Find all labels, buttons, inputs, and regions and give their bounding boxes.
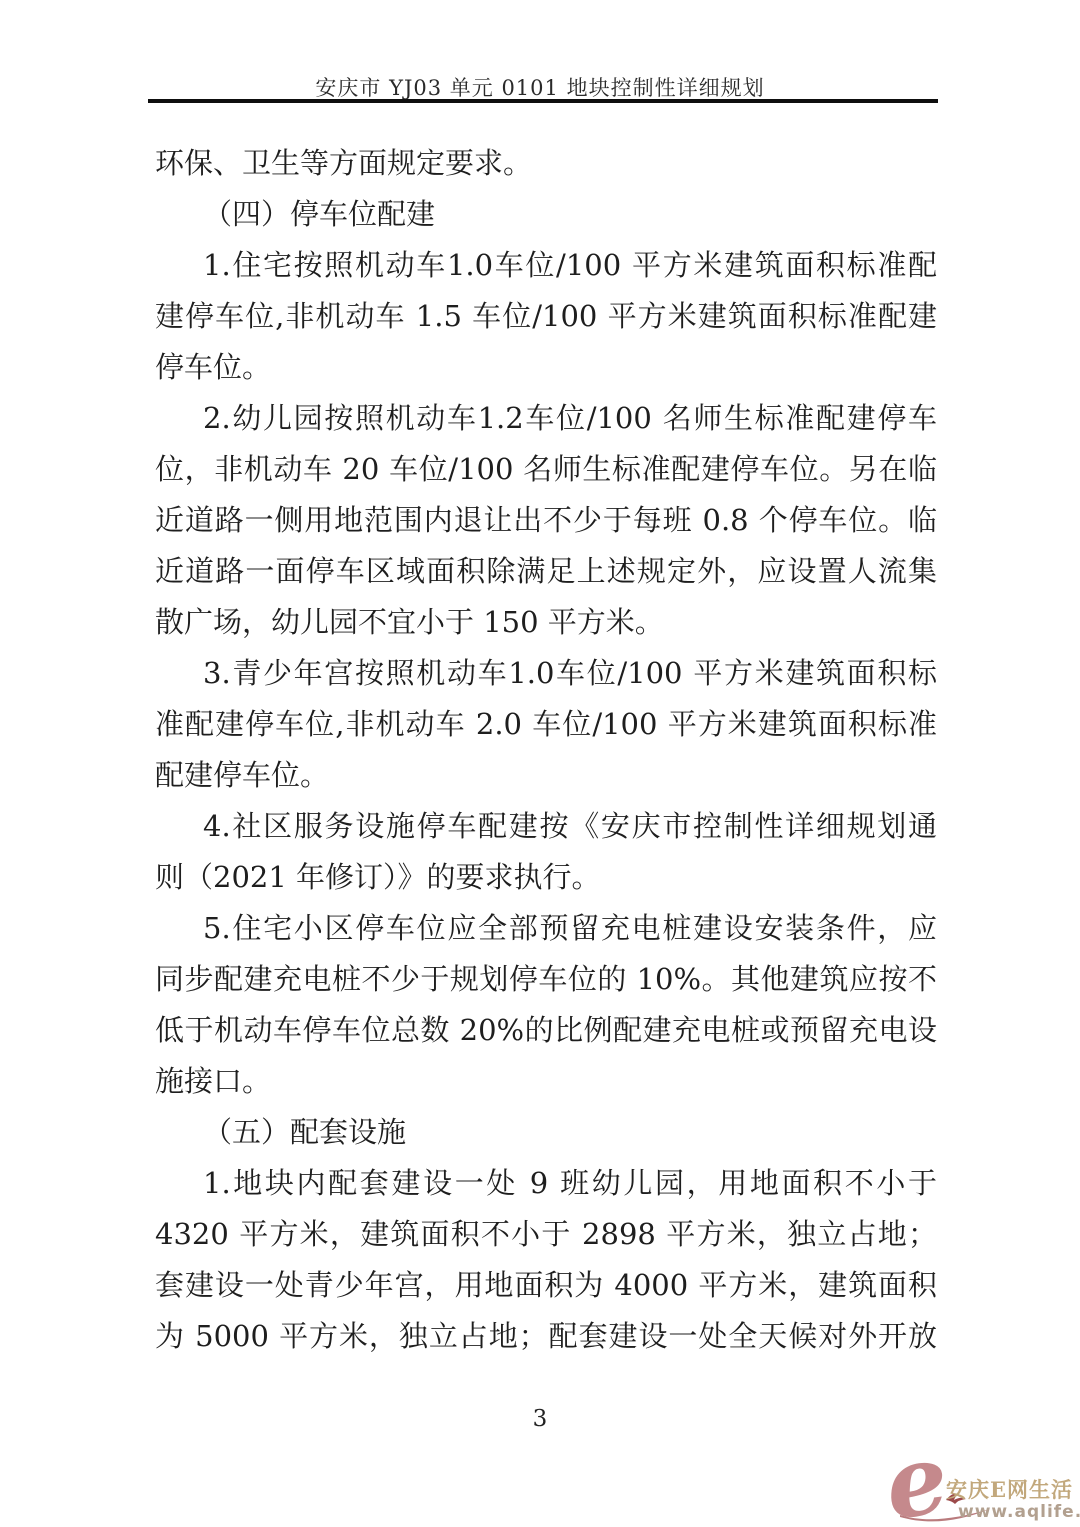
text-line: 为 5000 平方米，独立占地；配套建设一处全天候对外开放 [155, 1311, 937, 1362]
text-line: 低于机动车停车位总数 20%的比例配建充电桩或预留充电设 [155, 1005, 937, 1056]
document-page: 安庆市 YJ03 单元 0101 地块控制性详细规划 环保、卫生等方面规定要求。… [0, 0, 1080, 1527]
section-heading: （四）停车位配建 [155, 189, 937, 240]
text-line: 近道路一面停车区域面积除满足上述规定外，应设置人流集 [155, 546, 937, 597]
watermark-logo: e 安庆E网生活 www.aqlife.com [882, 1458, 1080, 1527]
text-line: 停车位。 [155, 342, 937, 393]
document-body: 环保、卫生等方面规定要求。 （四）停车位配建 1.住宅按照机动车1.0车位/10… [155, 138, 937, 1362]
text-line: 散广场，幼儿园不宜小于 150 平方米。 [155, 597, 937, 648]
text-line: 4320 平方米，建筑面积不小于 2898 平方米，独立占地；配 [155, 1209, 937, 1260]
text-line: 2.幼儿园按照机动车1.2车位/100 名师生标准配建停车 [155, 393, 937, 444]
text-line: 环保、卫生等方面规定要求。 [155, 138, 937, 189]
text-line: 3.青少年宫按照机动车1.0车位/100 平方米建筑面积标 [155, 648, 937, 699]
text-line: 1.地块内配套建设一处 9 班幼儿园，用地面积不小于 [155, 1158, 937, 1209]
text-line: 同步配建充电桩不少于规划停车位的 10%。其他建筑应按不 [155, 954, 937, 1005]
section-heading: （五）配套设施 [155, 1107, 937, 1158]
text-line: 准配建停车位,非机动车 2.0 车位/100 平方米建筑面积标准 [155, 699, 937, 750]
text-line: 位，非机动车 20 车位/100 名师生标准配建停车位。另在临 [155, 444, 937, 495]
page-header-title: 安庆市 YJ03 单元 0101 地块控制性详细规划 [0, 72, 1080, 102]
header-divider-line [148, 99, 938, 103]
text-line: 5.住宅小区停车位应全部预留充电桩建设安装条件，应 [155, 903, 937, 954]
text-line: 1.住宅按照机动车1.0车位/100 平方米建筑面积标准配 [155, 240, 937, 291]
text-line: 建停车位,非机动车 1.5 车位/100 平方米建筑面积标准配建 [155, 291, 937, 342]
text-line: 套建设一处青少年宫，用地面积为 4000 平方米，建筑面积 [155, 1260, 937, 1311]
text-line: 4.社区服务设施停车配建按《安庆市控制性详细规划通 [155, 801, 937, 852]
text-line: 施接口。 [155, 1056, 937, 1107]
text-line: 则（2021 年修订）》的要求执行。 [155, 852, 937, 903]
watermark-site-name: 安庆E网生活 [946, 1474, 1073, 1504]
text-line: 配建停车位。 [155, 750, 937, 801]
watermark-site-url: www.aqlife.com [958, 1502, 1080, 1522]
text-line: 近道路一侧用地范围内退让出不少于每班 0.8 个停车位。临 [155, 495, 937, 546]
